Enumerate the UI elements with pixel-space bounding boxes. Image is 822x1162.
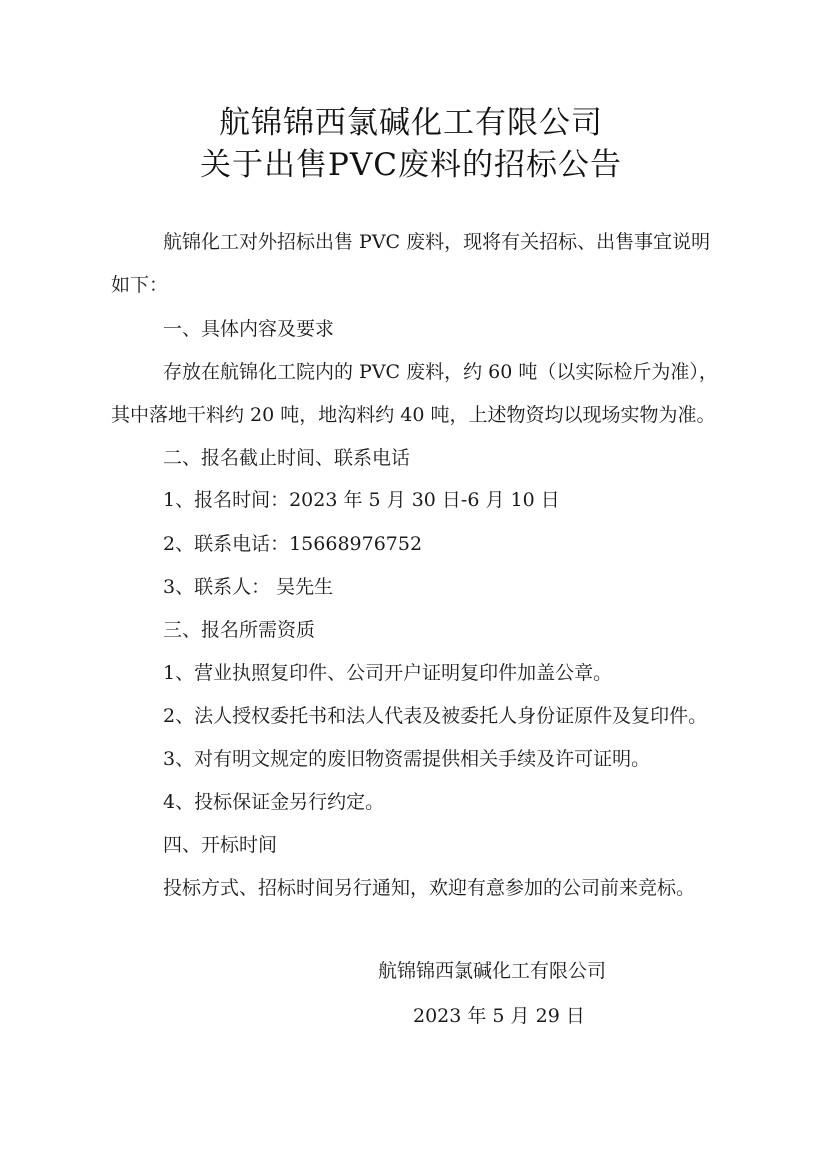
document-title-company: 航锦锦西氯碱化工有限公司 — [0, 103, 822, 143]
section-heading-1: 一、具体内容及要求 — [163, 316, 334, 342]
section-heading-2: 二、报名截止时间、联系电话 — [163, 445, 410, 471]
signature-company: 航锦锦西氯碱化工有限公司 — [378, 958, 606, 984]
section-2-line-3: 3、联系人： 吴先生 — [163, 574, 333, 600]
intro-paragraph-line-2: 如下： — [111, 272, 168, 298]
section-2-line-1: 1、报名时间：2023 年 5 月 30 日-6 月 10 日 — [163, 487, 560, 513]
section-3-line-1: 1、营业执照复印件、公司开户证明复印件加盖公章。 — [163, 660, 612, 686]
section-2-line-2: 2、联系电话：15668976752 — [163, 531, 422, 557]
section-4-line-1: 投标方式、招标时间另行通知，欢迎有意参加的公司前来竞标。 — [163, 875, 695, 901]
section-3-line-2: 2、法人授权委托书和法人代表及被委托人身份证原件及复印件。 — [163, 703, 707, 729]
section-heading-3: 三、报名所需资质 — [163, 617, 315, 643]
section-1-line-1: 存放在航锦化工院内的 PVC 废料，约 60 吨（以实际检斤为准）， — [163, 359, 718, 385]
document-page: 航锦锦西氯碱化工有限公司 关于出售PVC废料的招标公告 航锦化工对外招标出售 P… — [0, 0, 822, 1162]
section-3-line-4: 4、投标保证金另行约定。 — [163, 789, 384, 815]
section-1-line-2: 其中落地干料约 20 吨，地沟料约 40 吨，上述物资均以现场实物为准。 — [111, 402, 716, 428]
document-title-subject: 关于出售PVC废料的招标公告 — [0, 145, 822, 185]
section-heading-4: 四、开标时间 — [163, 832, 277, 858]
intro-paragraph-line-1: 航锦化工对外招标出售 PVC 废料，现将有关招标、出售事宜说明 — [163, 229, 710, 255]
section-3-line-3: 3、对有明文规定的废旧物资需提供相关手续及许可证明。 — [163, 746, 650, 772]
signature-date: 2023 年 5 月 29 日 — [413, 1003, 585, 1029]
